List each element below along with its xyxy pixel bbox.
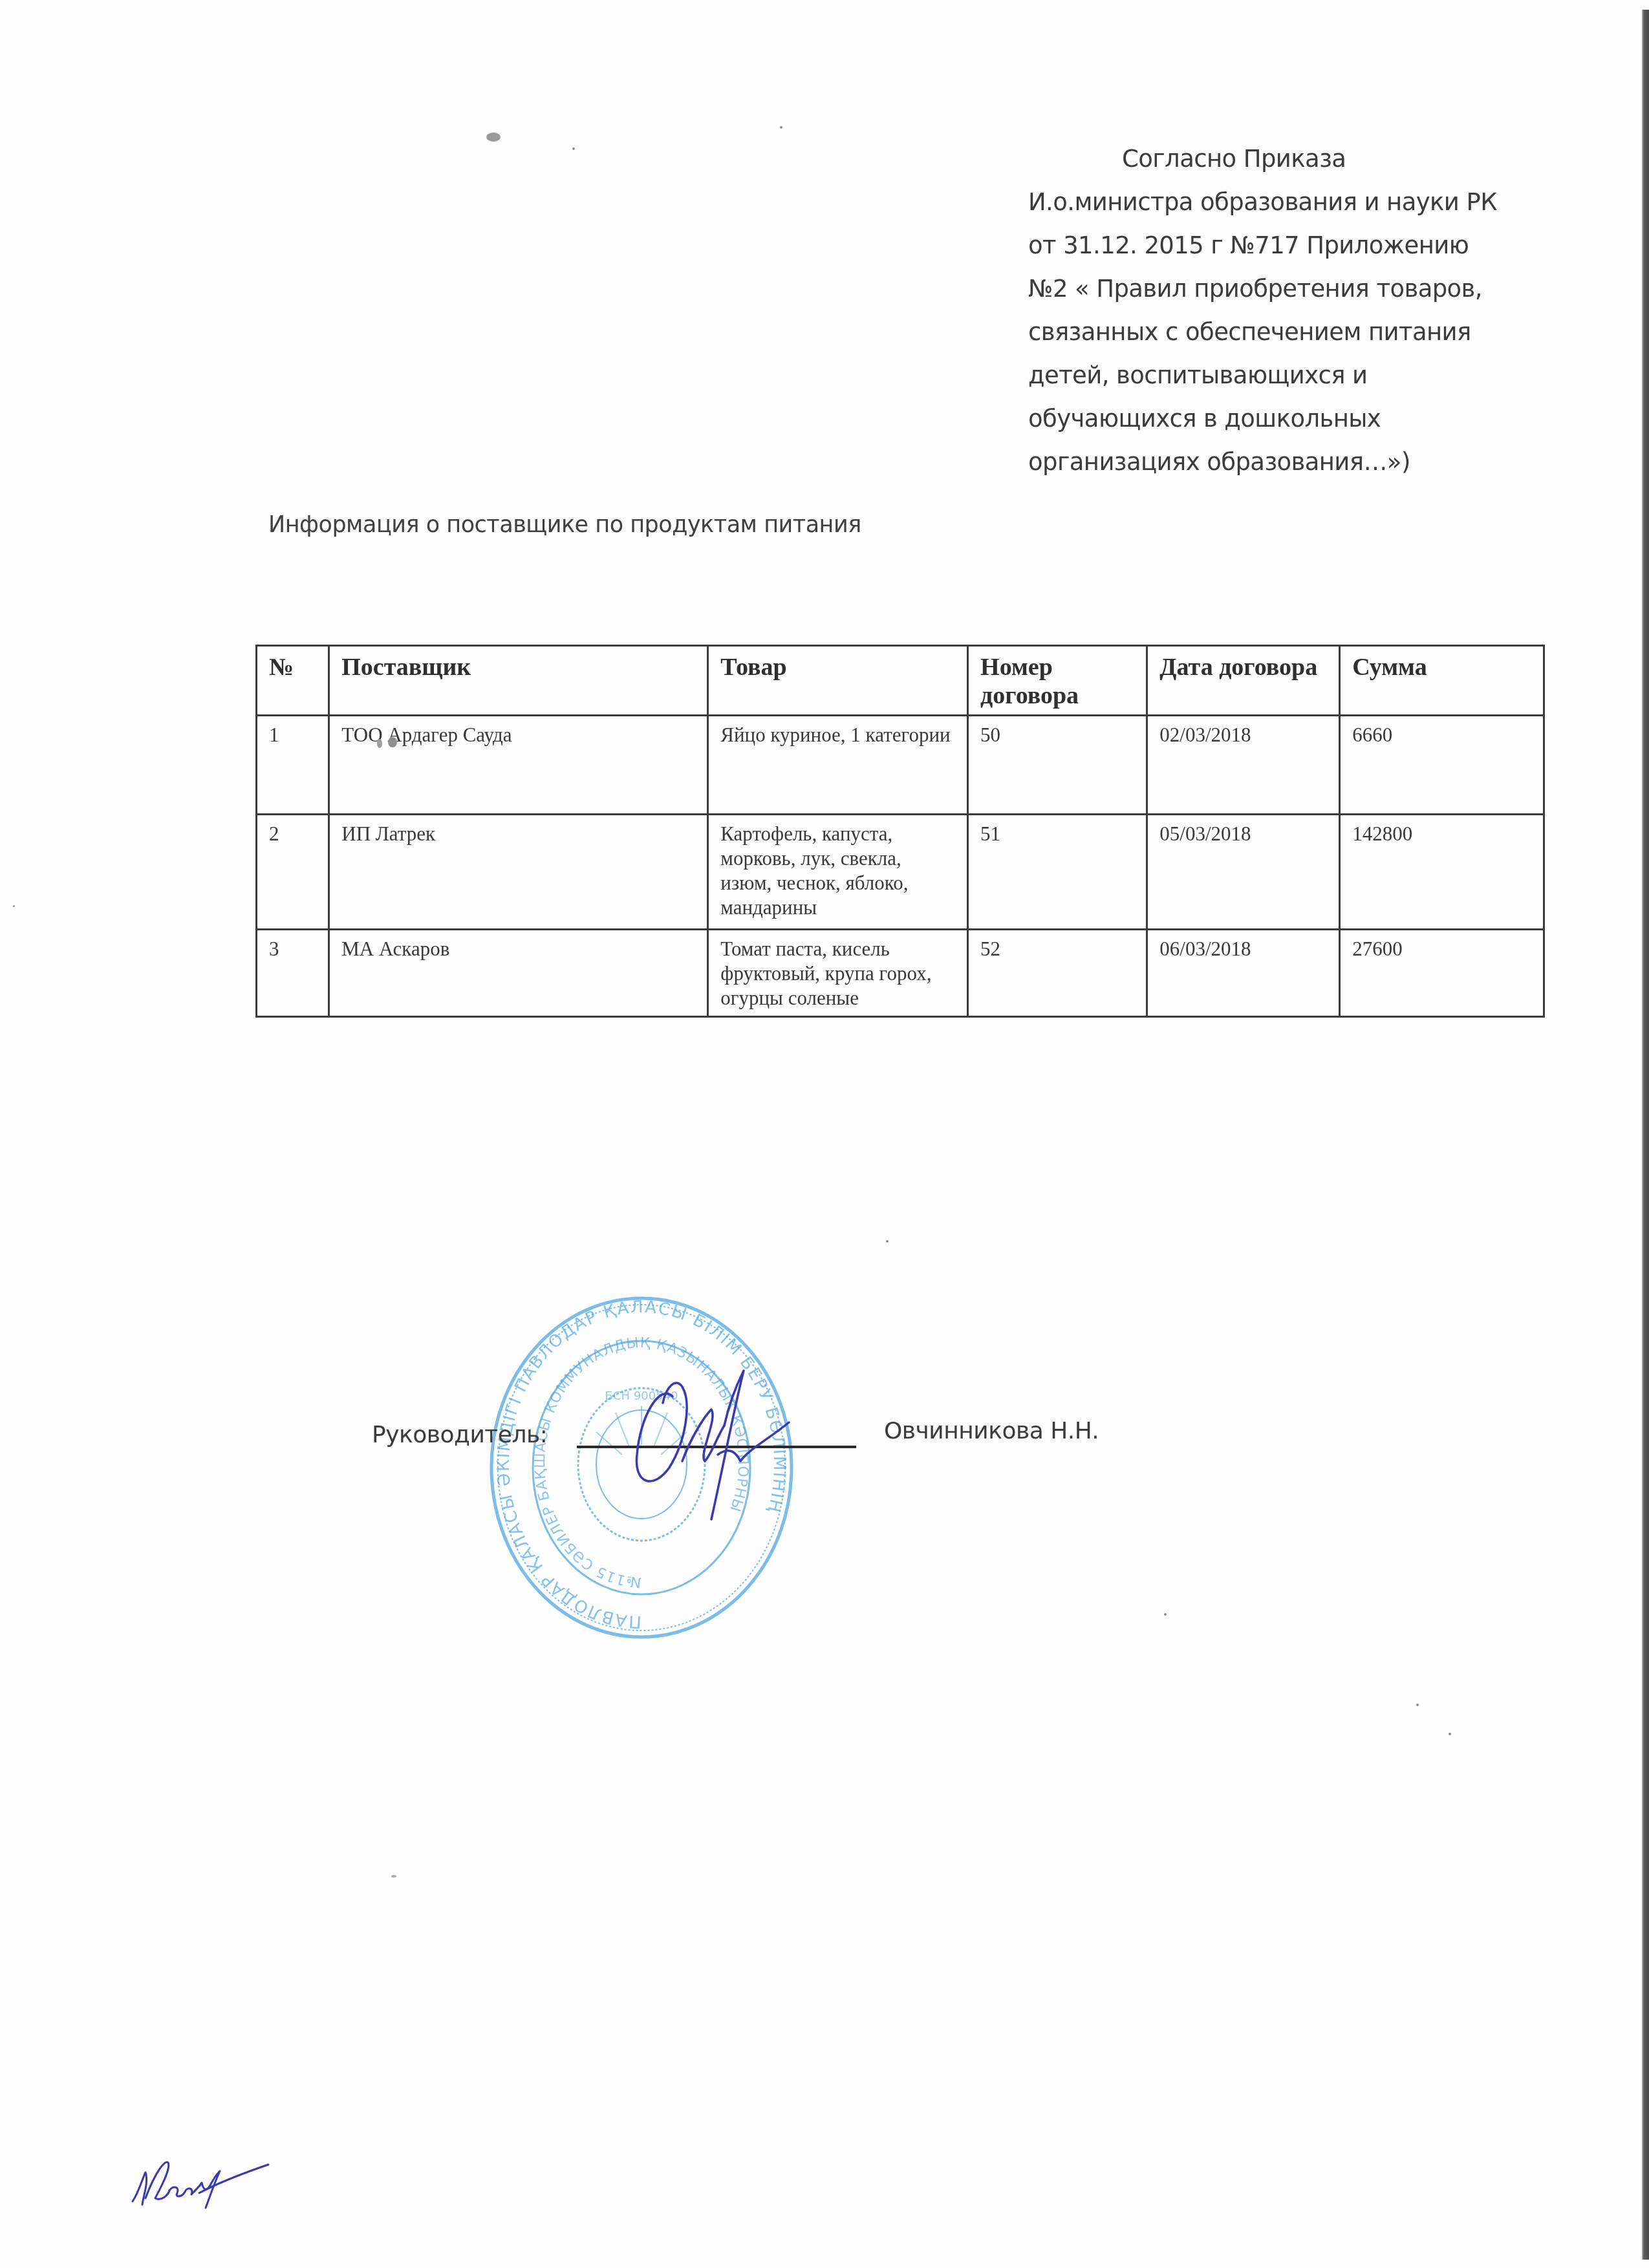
cell-number: 3: [257, 930, 329, 1017]
scan-speck: [780, 126, 782, 129]
citation-line: Согласно Приказа: [1028, 137, 1558, 180]
table-header-row: № Поставщик Товар Номер договора Дата до…: [257, 646, 1544, 716]
supplier-table: № Поставщик Товар Номер договора Дата до…: [255, 645, 1545, 1018]
scan-smudge: [377, 739, 382, 748]
citation-line: И.о.министра образования и науки РК: [1028, 180, 1558, 224]
cell-contract-number: 50: [968, 716, 1147, 815]
scan-speck: [886, 1240, 889, 1243]
cell-goods: Томат паста, кисель фруктовый, крупа гор…: [708, 930, 968, 1017]
scan-smudge: [388, 737, 397, 747]
signatory-name: Овчинникова Н.Н.: [884, 1416, 1099, 1447]
document-title: Информация о поставщике по продуктам пит…: [268, 509, 861, 540]
scanner-edge: [1642, 10, 1649, 2260]
column-header-number: №: [257, 646, 329, 716]
cell-goods: Картофель, капуста, морковь, лук, свекла…: [708, 815, 968, 930]
scan-speck: [13, 905, 15, 907]
cell-supplier: ТОО Ардагер Сауда: [329, 716, 708, 815]
cell-sum: 142800: [1340, 815, 1544, 930]
table-row: 2 ИП Латрек Картофель, капуста, морковь,…: [257, 815, 1544, 930]
cell-supplier: ИП Латрек: [329, 815, 708, 930]
scan-speck: [391, 1875, 396, 1878]
cell-contract-number: 51: [968, 815, 1147, 930]
scan-speck: [1164, 1613, 1167, 1616]
column-header-contract-number: Номер договора: [968, 646, 1147, 716]
handwritten-signature: [621, 1358, 841, 1526]
table-row: 3 МА Аскаров Томат паста, кисель фруктов…: [257, 930, 1544, 1017]
citation-line: детей, воспитывающихся и: [1028, 354, 1558, 397]
citation-line: обучающихся в дошкольных: [1028, 397, 1558, 440]
order-reference: Согласно Приказа И.о.министра образовани…: [1028, 137, 1558, 484]
citation-line: от 31.12. 2015 г №717 Приложению: [1028, 224, 1558, 267]
scan-speck: [486, 133, 501, 142]
scan-speck: [1449, 1733, 1451, 1735]
cell-supplier: МА Аскаров: [329, 930, 708, 1017]
column-header-supplier: Поставщик: [329, 646, 708, 716]
signature-label: Руководитель:: [372, 1420, 547, 1451]
scan-speck: [572, 147, 575, 150]
cell-contract-date: 02/03/2018: [1147, 716, 1340, 815]
scan-speck: [1416, 1704, 1419, 1706]
column-header-contract-date: Дата договора: [1147, 646, 1340, 716]
cell-contract-date: 05/03/2018: [1147, 815, 1340, 930]
citation-line: связанных с обеспечением питания: [1028, 310, 1558, 354]
citation-line: организациях образования…»): [1028, 440, 1558, 484]
cell-sum: 27600: [1340, 930, 1544, 1017]
cell-number: 1: [257, 716, 329, 815]
cell-goods: Яйцо куриное, 1 категории: [708, 716, 968, 815]
citation-line: №2 « Правил приобретения товаров,: [1028, 267, 1558, 310]
column-header-sum: Сумма: [1340, 646, 1544, 716]
cell-contract-number: 52: [968, 930, 1147, 1017]
cell-number: 2: [257, 815, 329, 930]
cell-sum: 6660: [1340, 716, 1544, 815]
handwritten-initials: [123, 2146, 278, 2211]
column-header-goods: Товар: [708, 646, 968, 716]
table-row: 1 ТОО Ардагер Сауда Яйцо куриное, 1 кате…: [257, 716, 1544, 815]
cell-contract-date: 06/03/2018: [1147, 930, 1340, 1017]
